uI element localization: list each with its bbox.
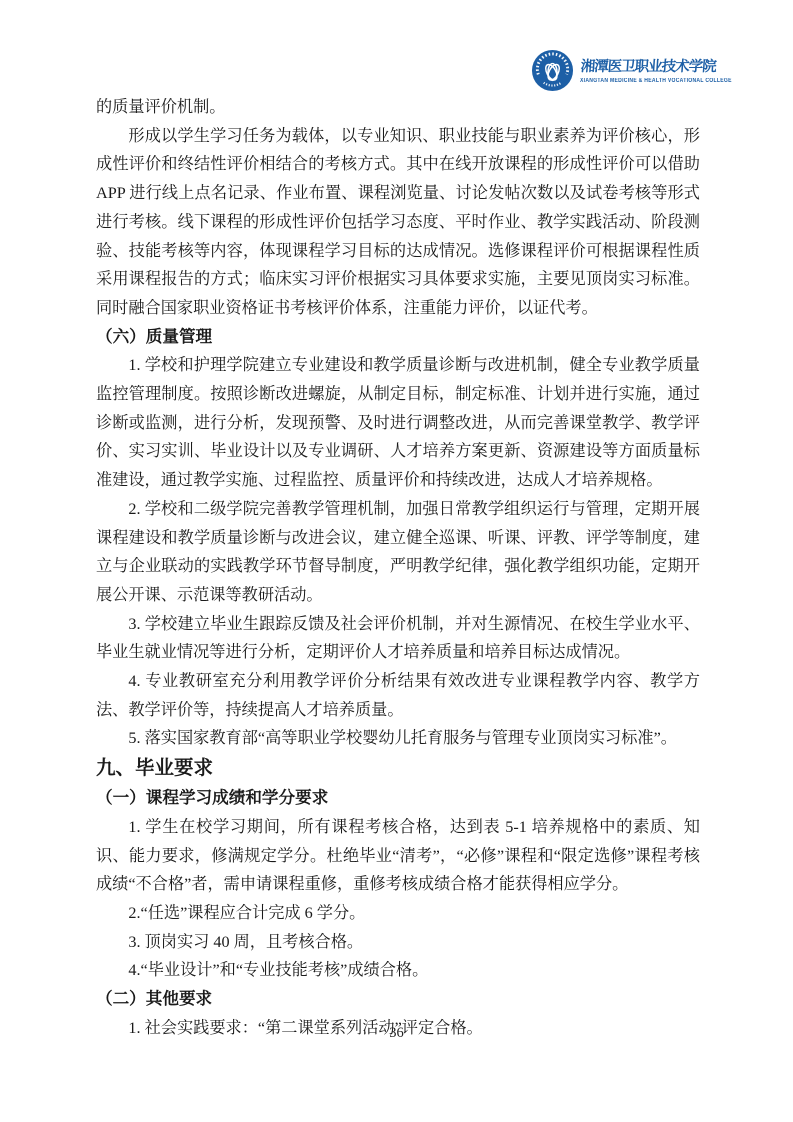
page-number: 36 [0,1025,793,1042]
college-name-english: XIANGTAN MEDICINE & HEALTH VOCATIONAL CO… [580,78,732,84]
paragraph: 4. 专业教研室充分利用教学评价分析结果有效改进专业课程教学内容、教学方法、教学… [96,667,700,724]
paragraph: 5. 落实国家教育部“高等职业学校婴幼儿托育服务与管理专业顶岗实习标准”。 [96,724,700,753]
paragraph: 形成以学生学习任务为载体，以专业知识、职业技能与职业素养为评价核心，形成性评价和… [96,122,700,323]
paragraph: 2.“任选”课程应合计完成 6 学分。 [96,899,700,928]
paragraph: 4.“毕业设计”和“专业技能考核”成绩合格。 [96,956,700,985]
document-page: 湘潭医卫职业技术学院 XIANGTAN MEDICINE & HEALTH VO… [0,0,793,1122]
paragraph: 2. 学校和二级学院完善教学管理机制，加强日常教学组织运行与管理，定期开展课程建… [96,495,700,610]
paragraph: 1. 学生在校学习期间，所有课程考核合格，达到表 5-1 培养规格中的素质、知识… [96,813,700,899]
paragraph: 3. 学校建立毕业生跟踪反馈及社会评价机制，并对生源情况、在校生学业水平、毕业生… [96,610,700,667]
section-heading-other: （二）其他要求 [96,985,700,1014]
paragraph: 3. 顶岗实习 40 周，且考核合格。 [96,928,700,957]
paragraph: 1. 学校和护理学院建立专业建设和教学质量诊断与改进机制，健全专业教学质量监控管… [96,351,700,495]
document-body: 的质量评价机制。 形成以学生学习任务为载体，以专业知识、职业技能与职业素养为评价… [96,93,700,1043]
college-name-chinese: 湘潭医卫职业技术学院 [580,55,762,76]
section-heading-credits: （一）课程学习成绩和学分要求 [96,784,700,813]
paragraph-continued: 的质量评价机制。 [96,93,700,122]
section-heading-quality: （六）质量管理 [96,323,700,352]
header-logo: 湘潭医卫职业技术学院 XIANGTAN MEDICINE & HEALTH VO… [531,49,761,92]
college-name-block: 湘潭医卫职业技术学院 XIANGTAN MEDICINE & HEALTH VO… [580,49,761,84]
chapter-heading-graduation: 九、毕业要求 [96,753,700,784]
college-seal-lotus-icon [531,49,574,92]
